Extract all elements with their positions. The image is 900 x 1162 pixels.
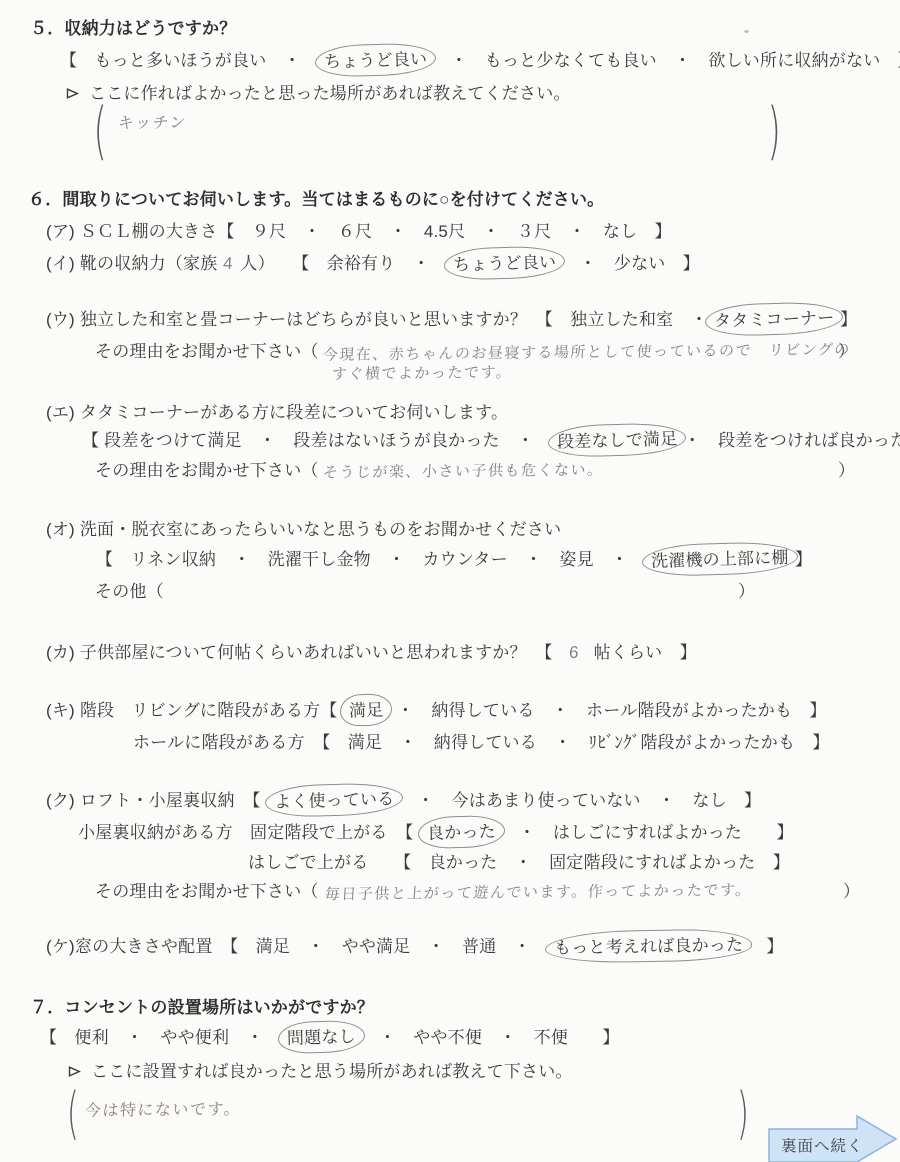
q6-item-d-options: 【 段差をつけて満足 ・ 段差はないほうが良かった ・ 段差なしで満足・ 段差を… (82, 426, 900, 452)
q6-f-size-handwriting: 6 (568, 643, 580, 663)
q6-d-selected-option: 段差なしで満足 (557, 429, 678, 451)
q7-answer-close-paren-icon: ) (737, 1086, 749, 1142)
q7-selected-option: 問題なし (287, 1027, 356, 1048)
q6-c-selected-option: タタミコーナー (714, 308, 835, 330)
q6-item-h-line1: (ク) ロフト・小屋裏収納 【よく使っている ・ 今はあまり使っていない ・ な… (46, 786, 761, 812)
q6-d-reason-label: その理由をお聞かせ下さい（ (95, 461, 319, 480)
q6-g-selected-option: 満足 (348, 701, 383, 721)
q6-c-selected-option-circle: タタミコーナー (704, 301, 843, 337)
q6-item-f: (カ) 子供部屋について何帖くらいあればいいと思われますか？ 【6帖くらい 】 (46, 638, 697, 663)
q6-h-text-2: ・ 今はあまり使っていない ・ なし 】 (400, 791, 761, 810)
q6-c-text-1: (ウ) 独立した和室と畳コーナーはどちらが良いと思いますか？ 【 独立した和室 … (46, 310, 708, 329)
q6-c-text-2: 】 (840, 310, 857, 329)
q6-item-c: (ウ) 独立した和室と畳コーナーはどちらが良いと思いますか？ 【 独立した和室 … (46, 305, 857, 331)
q6-d-text-1: 【 段差をつけて満足 ・ 段差はないほうが良かった ・ (82, 431, 551, 450)
q7-answer-open-paren-icon: ( (67, 1086, 79, 1142)
q6-f-text-1: (カ) 子供部屋について何帖くらいあればいいと思われますか？ 【 (46, 643, 553, 662)
q5-selected-option: ちょうど良い (324, 50, 428, 72)
q6-h-line2-selected-option-circle: 良かった (417, 815, 505, 849)
q6-c-reason-handwriting-2: すぐ横でよかったです。 (331, 361, 513, 384)
q7-options-before: 【 便利 ・ やや便利 ・ (40, 1028, 281, 1047)
q6-c-reason-label: その理由をお聞かせ下さい（ (95, 342, 319, 361)
q7-options-after: ・ やや不便 ・ 不便 】 (362, 1028, 620, 1047)
q6-item-b: (イ) 靴の収納力（家族4人） 【 余裕有り ・ ちょうど良い ・ 少ない 】 (46, 249, 700, 275)
q6-c-reason-line: その理由をお聞かせ下さい（今現在、赤ちゃんのお昼寝する場所として使っているので … (95, 337, 850, 362)
q6-d-reason-handwriting: そうじが楽、小さい子供も危くない。 (322, 459, 604, 483)
q6-item-h-line3: はしごで上がる 【 良かった ・ 固定階段にすればよかった 】 (248, 848, 790, 873)
q7-title: ７．コンセントの設置場所はいかがですか？ (30, 993, 374, 1018)
q6-h-line2-selected-option: 良かった (426, 822, 495, 843)
q6-h-selected-option-circle: よく使っている (264, 782, 403, 818)
q6-d-reason-close-paren: ） (838, 456, 855, 481)
scan-artifact-dot (744, 30, 749, 33)
q6-h-reason-close-paren: ） (843, 877, 860, 902)
q6-e-other-close-paren: ） (738, 577, 755, 602)
q6-item-e-options: 【 リネン収納 ・ 洗濯干し金物 ・ カウンター ・ 姿見 ・ 洗濯機の上部に棚… (96, 545, 812, 571)
q6-b-selected-option: ちょうど良い (453, 253, 557, 275)
q6-e-selected-option-circle: 洗濯機の上部に棚 (642, 541, 798, 577)
q6-e-text-1: 【 リネン収納 ・ 洗濯干し金物 ・ カウンター ・ 姿見 ・ (96, 550, 645, 569)
q6-h-selected-option: よく使っている (273, 789, 394, 811)
q5-answer-open-paren-icon: ( (93, 100, 106, 162)
q5-options-after: ・ もっと少なくても良い ・ 欲しい所に収納がない 】 (433, 51, 900, 70)
triangle-right-icon (68, 1063, 81, 1083)
next-page-arrow: 裏面へ続く (768, 1114, 900, 1162)
q6-b-text-1: (イ) 靴の収納力（家族 (46, 254, 217, 273)
q5-answer-close-paren-icon: ) (767, 100, 780, 162)
scanned-survey-page: ５．収納力はどうですか？ 【 もっと多いほうが良い ・ ちょうど良い ・ もっと… (0, 0, 900, 1162)
q6-d-selected-option-circle: 段差なしで満足 (548, 422, 687, 458)
q6-item-e-line1: (オ) 洗面・脱衣室にあったらいいなと思うものをお聞かせください (46, 515, 561, 540)
q6-title: ６．間取りについてお伺いします。当てはまるものに○を付けてください。 (28, 185, 604, 210)
q5-options-line: 【 もっと多いほうが良い ・ ちょうど良い ・ もっと少なくても良い ・ 欲しい… (60, 46, 900, 72)
q6-item-d-line1: (エ) タタミコーナーがある方に段差についてお伺いします。 (46, 398, 508, 423)
q5-title: ５．収納力はどうですか？ (30, 14, 236, 39)
q6-h-line2-text-2: ・ はしごにすればよかった 】 (501, 823, 793, 842)
q6-h-reason-label: その理由をお聞かせ下さい（ (95, 882, 319, 901)
q6-h-line2-text-1: 小屋裏収納がある方 固定階段で上がる 【 (78, 823, 414, 842)
q6-f-text-2: 帖くらい 】 (594, 643, 697, 662)
q6-d-text-2: ・ 段差をつければ良かった 】 (684, 431, 900, 450)
q6-item-a: (ア) ＳＣＬ棚の大きさ【 ９尺 ・ ６尺 ・ 4.5尺 ・ ３尺 ・ なし 】 (46, 217, 672, 242)
q6-c-reason-close-paren: ） (838, 337, 855, 362)
q5-selected-option-circle: ちょうど良い (315, 42, 437, 77)
q6-i-text-1: (ケ)窓の大きさや配置 【 満足 ・ やや満足 ・ 普通 ・ (46, 937, 548, 956)
q7-answer-handwriting: 今は特にないです。 (84, 1096, 242, 1121)
q5-options-before: 【 もっと多いほうが良い ・ (60, 51, 318, 70)
q5-answer-handwriting: キッチン (117, 110, 187, 134)
q6-b-text-3: ・ 少ない 】 (562, 254, 700, 273)
q7-options-line: 【 便利 ・ やや便利 ・ 問題なし ・ やや不便 ・ 不便 】 (40, 1023, 620, 1049)
q6-i-selected-option: もっと考えれば良かった (554, 935, 744, 957)
q6-h-reason-handwriting: 毎日子供と上がって遊んでいます。作ってよかったです。 (324, 879, 752, 904)
q5-prompt-text: ここに作ればよかったと思った場所があれば教えてください。 (89, 84, 571, 103)
q6-h-text-1: (ク) ロフト・小屋裏収納 【 (46, 791, 261, 810)
next-page-arrow-label: 裏面へ続く (781, 1134, 864, 1156)
q6-b-text-2: 人） 【 余裕有り ・ (240, 254, 447, 273)
q7-prompt-line: ここに設置すれば良かったと思う場所があれば教えて下さい。 (68, 1057, 573, 1083)
q6-item-g-line1: (キ) 階段 リビングに階段がある方【満足・ 納得している ・ ホール階段がよか… (46, 696, 827, 722)
q6-b-family-count-handwriting: 4 (223, 254, 235, 274)
q6-e-text-2: 】 (795, 550, 812, 569)
q6-g-text-1: (キ) 階段 リビングに階段がある方【 (46, 701, 338, 720)
q6-h-reason-line: その理由をお聞かせ下さい（毎日子供と上がって遊んでいます。作ってよかったです。 (95, 877, 751, 902)
q6-i-text-2: 】 (749, 937, 783, 956)
q7-prompt-text: ここに設置すれば良かったと思う場所があれば教えて下さい。 (91, 1062, 573, 1081)
q6-item-h-line2: 小屋裏収納がある方 固定階段で上がる 【良かった ・ はしごにすればよかった 】 (78, 818, 794, 844)
q6-e-selected-option: 洗濯機の上部に棚 (651, 548, 789, 571)
q6-item-g-line2: ホールに階段がある方 【 満足 ・ 納得している ・ ﾘﾋﾞﾝｸﾞ階段がよかった… (133, 728, 830, 753)
q5-prompt-line: ここに作ればよかったと思った場所があれば教えてください。 (66, 79, 571, 105)
q6-e-other-label: その他（ (95, 577, 164, 602)
q7-selected-option-circle: 問題なし (277, 1020, 365, 1054)
q6-item-i: (ケ)窓の大きさや配置 【 満足 ・ やや満足 ・ 普通 ・ もっと考えれば良か… (46, 932, 784, 958)
q6-c-reason-handwriting-1: 今現在、赤ちゃんのお昼寝する場所として使っているので リビングの (322, 338, 851, 365)
q6-g-text-2: ・ 納得している ・ ホール階段がよかったかも 】 (397, 701, 827, 720)
q6-g-selected-option-circle: 満足 (339, 693, 392, 726)
triangle-right-icon (66, 85, 79, 105)
q6-b-selected-option-circle: ちょうど良い (444, 245, 566, 280)
q6-i-selected-option-circle: もっと考えれば良かった (545, 928, 753, 964)
q6-d-reason-line: その理由をお聞かせ下さい（そうじが楽、小さい子供も危くない。 (95, 456, 603, 481)
